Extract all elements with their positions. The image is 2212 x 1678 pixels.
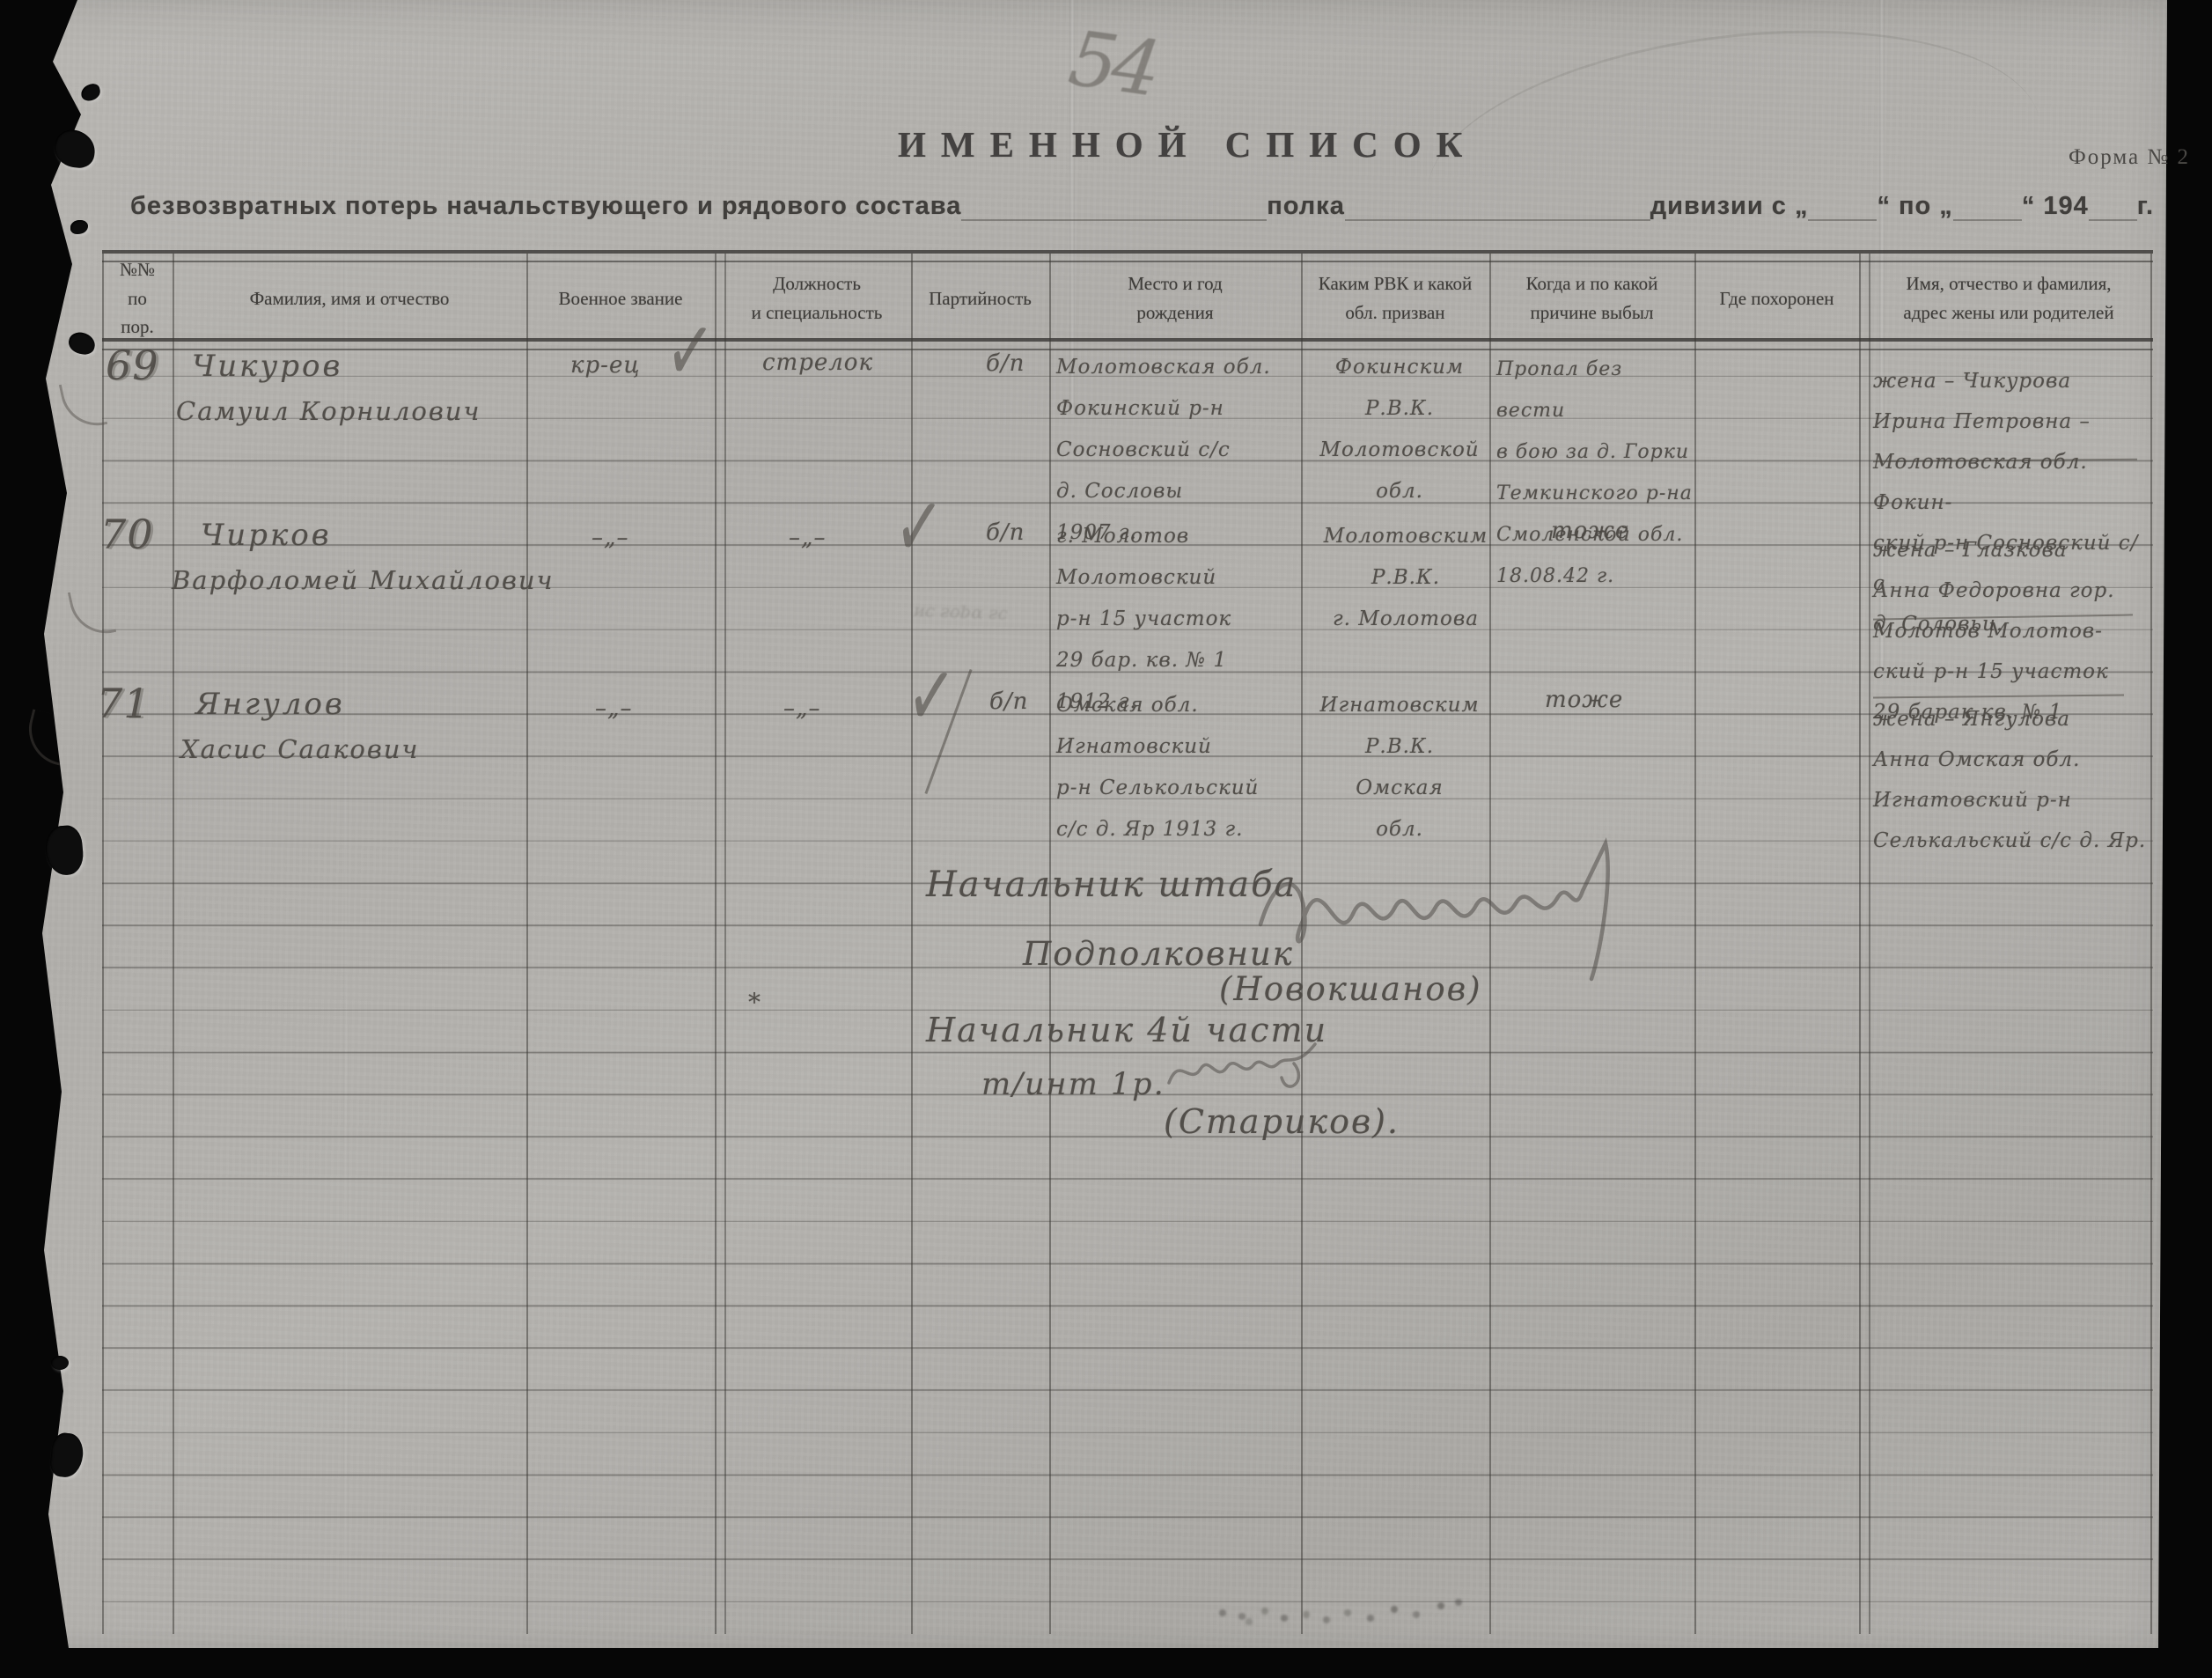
cell-position: –„–	[783, 695, 820, 722]
cell-birthplace: Омская обл. Игнатовский р-н Селькольский…	[1056, 685, 1296, 850]
handwritten-page-number: 54	[1064, 21, 1159, 108]
header-family: Имя, отчество и фамилия, адрес жены или …	[1867, 257, 2150, 340]
cell-surname: Чирков	[201, 518, 332, 553]
pencil-check-mark: ✓	[904, 641, 959, 751]
cell-surname: Чикуров	[192, 349, 342, 384]
cell-rvk: Игнатовским Р.В.К. Омская обл.	[1313, 685, 1486, 850]
column-divider	[173, 254, 174, 1634]
section-chief-name: (Стариков).	[1164, 1102, 1400, 1141]
column-divider	[1694, 254, 1696, 1634]
pencil-check-mark: ✓	[892, 472, 946, 582]
cell-party: б/п	[986, 519, 1025, 546]
cell-patronymic: Самуил Корнилович	[176, 396, 481, 426]
illegible-stamp-smudge	[1219, 1609, 1226, 1616]
cell-patronymic: Хасис Саакович	[180, 734, 419, 764]
paper-tear	[44, 824, 85, 876]
subtitle-text: безвозвратных потерь начальствующего и р…	[130, 192, 961, 221]
chief-of-staff-name: (Новокшанов)	[1219, 970, 1482, 1008]
novokshanov-autograph	[1250, 836, 1646, 986]
document-subtitle-line: безвозвратных потерь начальствующего и р…	[130, 192, 2154, 221]
subtitle-year-label: “ 194	[2022, 192, 2089, 221]
column-divider	[526, 254, 528, 1634]
pencil-check-mark: ✓	[663, 296, 717, 406]
ink-transfer-smudge: ɔƨ ɒqoƨ ɔᴎ	[876, 596, 1009, 627]
column-divider	[2150, 254, 2152, 1634]
cell-party: б/п	[986, 350, 1025, 377]
header-birth: Место и год рождения	[1049, 257, 1301, 340]
header-name: Фамилия, имя и отчество	[173, 257, 526, 340]
cell-row-number: 71	[97, 680, 151, 727]
column-divider	[1859, 254, 1870, 1634]
document-title: ИМЕННОЙ СПИСОК	[898, 123, 1477, 166]
starikov-autograph	[1162, 1037, 1329, 1103]
cell-surname: Янгулов	[195, 687, 345, 722]
subtitle-po-label: “ по „	[1877, 192, 1952, 221]
cell-cause: тоже	[1551, 518, 1629, 544]
cell-rvk: Фокинским Р.В.К. Молотовской обл.	[1313, 347, 1486, 512]
cell-family: жена – Янгулова Анна Омская обл. Игнатов…	[1873, 699, 2148, 861]
cell-rank: кр-ец	[570, 352, 640, 379]
scanned-document-page: 54 ИМЕННОЙ СПИСОК Форма № 2 безвозвратны…	[0, 0, 2212, 1678]
cell-rvk: Молотовским Р.В.К. г. Молотова	[1313, 516, 1498, 640]
blank-date-from	[1808, 193, 1877, 221]
cell-cause: тоже	[1545, 687, 1623, 713]
subtitle-polka-label: полка	[1267, 192, 1345, 221]
column-divider	[102, 254, 104, 1634]
column-divider	[911, 254, 913, 1634]
cell-cause: Пропал без вести в бою за д. Горки Темки…	[1496, 349, 1694, 597]
chief-of-staff-rank: Подполковник	[1023, 935, 1294, 973]
subtitle-g-label: г.	[2137, 192, 2154, 221]
subtitle-division-label: дивизии с „	[1650, 192, 1809, 221]
cell-rank: –„–	[592, 525, 628, 551]
cell-position: –„–	[789, 525, 826, 551]
cell-patronymic: Варфоломей Михайлович	[172, 565, 555, 595]
form-number-label: Форма № 2	[2069, 145, 2190, 170]
cell-row-number: 70	[100, 511, 154, 558]
cell-position: стрелок	[762, 350, 873, 376]
blank-division-name	[1345, 193, 1650, 221]
header-num: №№ по пор.	[102, 257, 173, 340]
column-divider	[715, 254, 726, 1634]
cell-party: б/п	[989, 688, 1028, 715]
header-rvk: Каким РВК и какой обл. призван	[1301, 257, 1489, 340]
asterisk-mark: *	[748, 988, 761, 1017]
header-position: Должность и специальность	[723, 257, 911, 340]
blank-date-to	[1953, 193, 2022, 221]
blank-regiment-name	[961, 193, 1267, 221]
chief-of-staff-title: Начальник штаба	[926, 865, 1297, 905]
header-cause: Когда и по какой причине выбыл	[1489, 257, 1694, 340]
header-party: Партийность	[911, 257, 1049, 340]
cell-row-number: 69	[106, 342, 159, 389]
cell-rank: –„–	[595, 695, 632, 722]
section-chief-rank: т/инт 1р.	[981, 1067, 1165, 1102]
punch-hole	[51, 1356, 69, 1370]
header-burial: Где похоронен	[1694, 257, 1859, 340]
blank-year-digit	[2089, 193, 2137, 221]
